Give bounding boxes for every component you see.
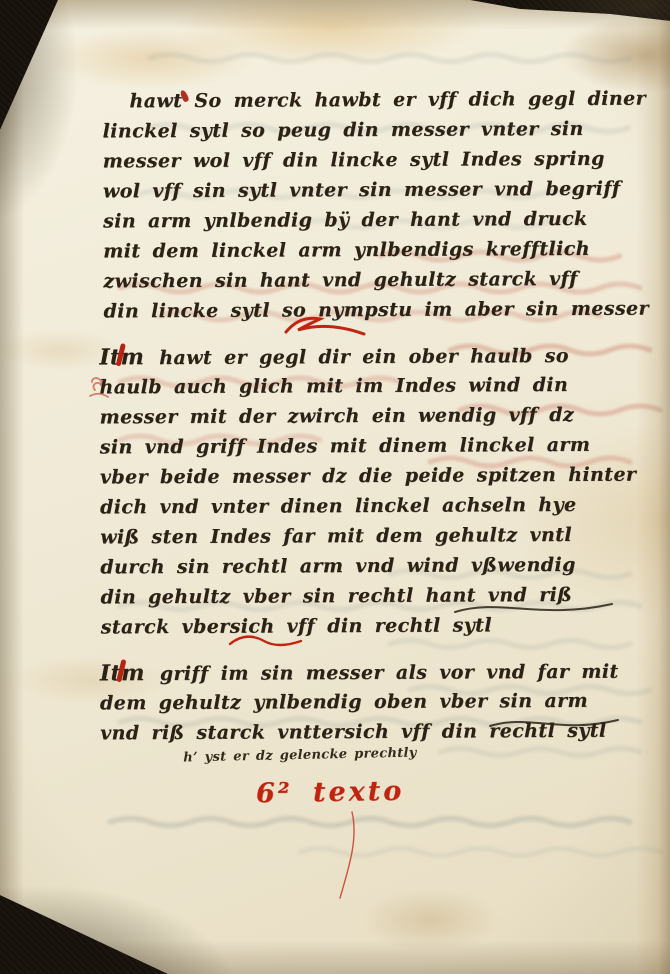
red-z-squiggle-divider bbox=[286, 318, 364, 334]
rubrication-layer bbox=[0, 0, 670, 974]
pen-flourish-icon bbox=[455, 604, 612, 612]
red-margin-scribble bbox=[90, 378, 108, 397]
red-underswoosh bbox=[230, 637, 301, 645]
red-quire-tail bbox=[340, 812, 354, 898]
pen-flourish-icon bbox=[490, 720, 618, 726]
